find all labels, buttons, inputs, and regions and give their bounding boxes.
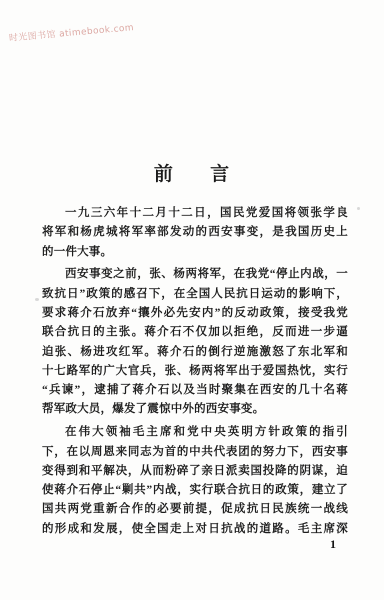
preface-body-text: 一九三六年十二月十二日，国民党爱国将领张学良将军和杨虎城将军率部发动的西安事变，… (42, 204, 348, 539)
text-line: 的一件大事。 (42, 243, 348, 262)
scan-speck (357, 207, 360, 210)
text-line: 在伟大领袖毛主席和党中央英明方针政策的指引 (42, 423, 348, 442)
text-line: 国共两党重新合作的必要前提，促成抗日民族统一战线 (42, 500, 348, 519)
text-line: 迫张、杨进攻红军。蒋介石的倒行逆施激怒了东北军和 (42, 343, 348, 362)
text-line: 使蒋介石停止“剿共”内战，实行联合抗日的政策，建立了 (42, 481, 348, 500)
text-line: “兵谏”，逮捕了蒋介石以及当时聚集在西安的几十名蒋 (42, 381, 348, 400)
text-line: 帮军政大员，爆发了震惊中外的西安事变。 (42, 400, 348, 419)
text-line: 致抗日”政策的感召下，在全国人民抗日运动的影响下， (42, 285, 348, 304)
text-line: 西安事变之前，张、杨两将军，在我党“停止内战，一 (42, 265, 348, 284)
text-line: 要求蒋介石放弃“攘外必先安内”的反动政策，接受我党 (42, 304, 348, 323)
text-line: 将军和杨虎城将军率部发动的西安事变，是我国历史上 (42, 223, 348, 242)
text-line: 的形成和发展，使全国走上对日抗战的道路。毛主席深 (42, 520, 348, 539)
page-title: 前 言 (0, 159, 384, 186)
scan-speck (35, 298, 39, 301)
text-line: 下，在以周恩来同志为首的中共代表团的努力下，西安事 (42, 443, 348, 462)
page-number: 1 (330, 537, 336, 552)
text-line: 一九三六年十二月十二日，国民党爱国将领张学良 (42, 204, 348, 223)
book-page: 时光图书馆 atimebook.com 前 言 一九三六年十二月十二日，国民党爱… (0, 0, 384, 600)
library-watermark: 时光图书馆 atimebook.com (8, 20, 134, 44)
text-line: 变得到和平解决，从而粉碎了亲日派卖国投降的阴谋，迫 (42, 462, 348, 481)
text-line: 联合抗日的主张。蒋介石不仅加以拒绝，反而进一步逼 (42, 323, 348, 342)
text-line: 十七路军的广大官兵，张、杨两将军出于爱国热忱，实行 (42, 362, 348, 381)
